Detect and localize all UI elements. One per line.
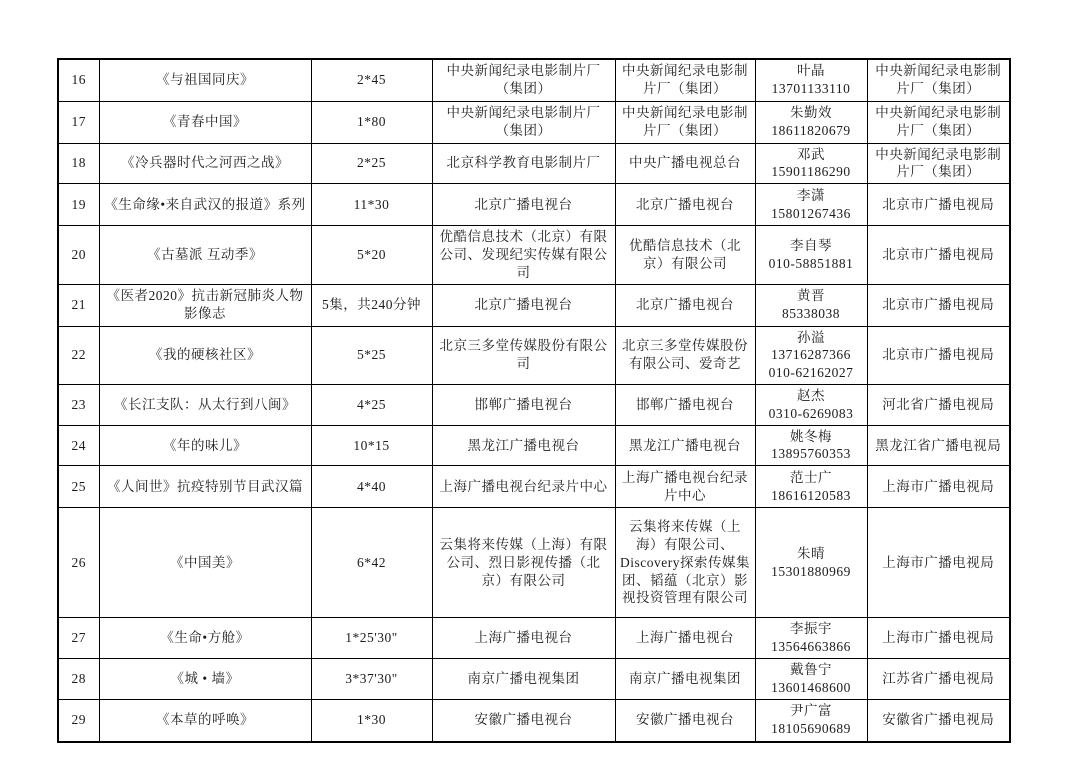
cell-authority: 上海市广播电视局 [867,618,1010,659]
table-row: 29 《本草的呼唤》 1*30 安徽广播电视台 安徽广播电视台 尹广富 1810… [58,699,1010,742]
cell-index: 27 [58,618,99,659]
cell-declaring-unit: 云集将来传媒（上海）有限公司、Discovery探索传媒集团、韬蕴（北京）影视投… [615,508,755,618]
cell-production-unit: 云集将来传媒（上海）有限公司、烈日影视传播（北京）有限公司 [432,508,615,618]
table-row: 27 《生命•方舱》 1*25'30" 上海广播电视台 上海广播电视台 李振宇 … [58,618,1010,659]
table-row: 16 《与祖国同庆》 2*45 中央新闻纪录电影制片厂（集团） 中央新闻纪录电影… [58,59,1010,101]
table-row: 26 《中国美》 6*42 云集将来传媒（上海）有限公司、烈日影视传播（北京）有… [58,508,1010,618]
cell-authority: 黑龙江省广播电视局 [867,425,1010,466]
cell-contact: 李自琴 010-58851881 [755,226,867,284]
cell-title: 《本草的呼唤》 [99,699,311,742]
cell-declaring-unit: 北京广播电视台 [615,184,755,226]
cell-production-unit: 优酷信息技术（北京）有限公司、发现纪实传媒有限公司 [432,226,615,284]
cell-declaring-unit: 北京三多堂传媒股份有限公司、爱奇艺 [615,326,755,384]
cell-index: 25 [58,466,99,508]
cell-contact: 孙溢 13716287366 010-62162027 [755,326,867,384]
table-row: 23 《长江支队：从太行到八闽》 4*25 邯郸广播电视台 邯郸广播电视台 赵杰… [58,385,1010,426]
cell-title: 《中国美》 [99,508,311,618]
cell-production-unit: 北京科学教育电影制片厂 [432,143,615,184]
table-row: 22 《我的硬核社区》 5*25 北京三多堂传媒股份有限公司 北京三多堂传媒股份… [58,326,1010,384]
cell-index: 20 [58,226,99,284]
cell-index: 22 [58,326,99,384]
cell-index: 19 [58,184,99,226]
cell-authority: 北京市广播电视局 [867,184,1010,226]
cell-title: 《年的味儿》 [99,425,311,466]
cell-duration: 2*45 [311,59,432,101]
cell-index: 28 [58,658,99,699]
programs-table: 16 《与祖国同庆》 2*45 中央新闻纪录电影制片厂（集团） 中央新闻纪录电影… [57,58,1011,743]
cell-production-unit: 邯郸广播电视台 [432,385,615,426]
cell-contact: 尹广富 18105690689 [755,699,867,742]
cell-production-unit: 中央新闻纪录电影制片厂（集团） [432,59,615,101]
cell-title: 《医者2020》抗击新冠肺炎人物影像志 [99,284,311,326]
cell-title: 《生命缘•来自武汉的报道》系列 [99,184,311,226]
cell-authority: 江苏省广播电视局 [867,658,1010,699]
cell-duration: 5集，共240分钟 [311,284,432,326]
cell-production-unit: 上海广播电视台纪录片中心 [432,466,615,508]
cell-authority: 北京市广播电视局 [867,226,1010,284]
cell-index: 26 [58,508,99,618]
cell-title: 《人间世》抗疫特别节目武汉篇 [99,466,311,508]
cell-declaring-unit: 南京广播电视集团 [615,658,755,699]
cell-title: 《我的硬核社区》 [99,326,311,384]
cell-title: 《与祖国同庆》 [99,59,311,101]
cell-declaring-unit: 上海广播电视台 [615,618,755,659]
cell-authority: 上海市广播电视局 [867,508,1010,618]
cell-duration: 2*25 [311,143,432,184]
cell-duration: 6*42 [311,508,432,618]
cell-production-unit: 黑龙江广播电视台 [432,425,615,466]
document-page: 16 《与祖国同庆》 2*45 中央新闻纪录电影制片厂（集团） 中央新闻纪录电影… [0,0,1080,763]
cell-title: 《青春中国》 [99,101,311,143]
cell-contact: 朱晴 15301880969 [755,508,867,618]
cell-index: 18 [58,143,99,184]
cell-index: 17 [58,101,99,143]
cell-contact: 戴鲁宁 13601468600 [755,658,867,699]
cell-duration: 1*80 [311,101,432,143]
cell-index: 21 [58,284,99,326]
cell-declaring-unit: 上海广播电视台纪录片中心 [615,466,755,508]
cell-duration: 4*25 [311,385,432,426]
cell-duration: 1*25'30" [311,618,432,659]
cell-authority: 河北省广播电视局 [867,385,1010,426]
cell-index: 29 [58,699,99,742]
cell-index: 24 [58,425,99,466]
table-row: 24 《年的味儿》 10*15 黑龙江广播电视台 黑龙江广播电视台 姚冬梅 13… [58,425,1010,466]
table-row: 19 《生命缘•来自武汉的报道》系列 11*30 北京广播电视台 北京广播电视台… [58,184,1010,226]
cell-title: 《生命•方舱》 [99,618,311,659]
cell-production-unit: 上海广播电视台 [432,618,615,659]
cell-duration: 4*40 [311,466,432,508]
cell-authority: 中央新闻纪录电影制片厂（集团） [867,101,1010,143]
cell-title: 《冷兵器时代之河西之战》 [99,143,311,184]
cell-contact: 李振宇 13564663866 [755,618,867,659]
table-body: 16 《与祖国同庆》 2*45 中央新闻纪录电影制片厂（集团） 中央新闻纪录电影… [58,59,1010,742]
cell-authority: 北京市广播电视局 [867,326,1010,384]
cell-declaring-unit: 邯郸广播电视台 [615,385,755,426]
cell-title: 《古墓派 互动季》 [99,226,311,284]
cell-production-unit: 北京广播电视台 [432,184,615,226]
cell-duration: 5*20 [311,226,432,284]
table-row: 18 《冷兵器时代之河西之战》 2*25 北京科学教育电影制片厂 中央广播电视总… [58,143,1010,184]
cell-contact: 黄晋 85338038 [755,284,867,326]
cell-declaring-unit: 北京广播电视台 [615,284,755,326]
cell-contact: 姚冬梅 13895760353 [755,425,867,466]
cell-declaring-unit: 优酷信息技术（北京）有限公司 [615,226,755,284]
cell-contact: 朱勤效 18611820679 [755,101,867,143]
table-row: 28 《城 • 墙》 3*37'30" 南京广播电视集团 南京广播电视集团 戴鲁… [58,658,1010,699]
cell-production-unit: 安徽广播电视台 [432,699,615,742]
cell-title: 《城 • 墙》 [99,658,311,699]
cell-authority: 北京市广播电视局 [867,284,1010,326]
cell-authority: 中央新闻纪录电影制片厂（集团） [867,59,1010,101]
cell-index: 16 [58,59,99,101]
cell-index: 23 [58,385,99,426]
cell-authority: 中央新闻纪录电影制片厂（集团） [867,143,1010,184]
cell-production-unit: 北京三多堂传媒股份有限公司 [432,326,615,384]
cell-declaring-unit: 中央广播电视总台 [615,143,755,184]
cell-duration: 3*37'30" [311,658,432,699]
table-row: 25 《人间世》抗疫特别节目武汉篇 4*40 上海广播电视台纪录片中心 上海广播… [58,466,1010,508]
cell-contact: 叶晶 13701133110 [755,59,867,101]
cell-production-unit: 北京广播电视台 [432,284,615,326]
cell-contact: 范士广 18616120583 [755,466,867,508]
cell-duration: 10*15 [311,425,432,466]
cell-contact: 李潇 15801267436 [755,184,867,226]
cell-production-unit: 南京广播电视集团 [432,658,615,699]
cell-duration: 5*25 [311,326,432,384]
cell-contact: 邓武 15901186290 [755,143,867,184]
cell-duration: 1*30 [311,699,432,742]
cell-title: 《长江支队：从太行到八闽》 [99,385,311,426]
cell-production-unit: 中央新闻纪录电影制片厂（集团） [432,101,615,143]
cell-declaring-unit: 安徽广播电视台 [615,699,755,742]
table-row: 21 《医者2020》抗击新冠肺炎人物影像志 5集，共240分钟 北京广播电视台… [58,284,1010,326]
table-row: 20 《古墓派 互动季》 5*20 优酷信息技术（北京）有限公司、发现纪实传媒有… [58,226,1010,284]
cell-authority: 上海市广播电视局 [867,466,1010,508]
cell-contact: 赵杰 0310-6269083 [755,385,867,426]
cell-authority: 安徽省广播电视局 [867,699,1010,742]
cell-duration: 11*30 [311,184,432,226]
cell-declaring-unit: 中央新闻纪录电影制片厂（集团） [615,59,755,101]
cell-declaring-unit: 黑龙江广播电视台 [615,425,755,466]
table-row: 17 《青春中国》 1*80 中央新闻纪录电影制片厂（集团） 中央新闻纪录电影制… [58,101,1010,143]
cell-declaring-unit: 中央新闻纪录电影制片厂（集团） [615,101,755,143]
